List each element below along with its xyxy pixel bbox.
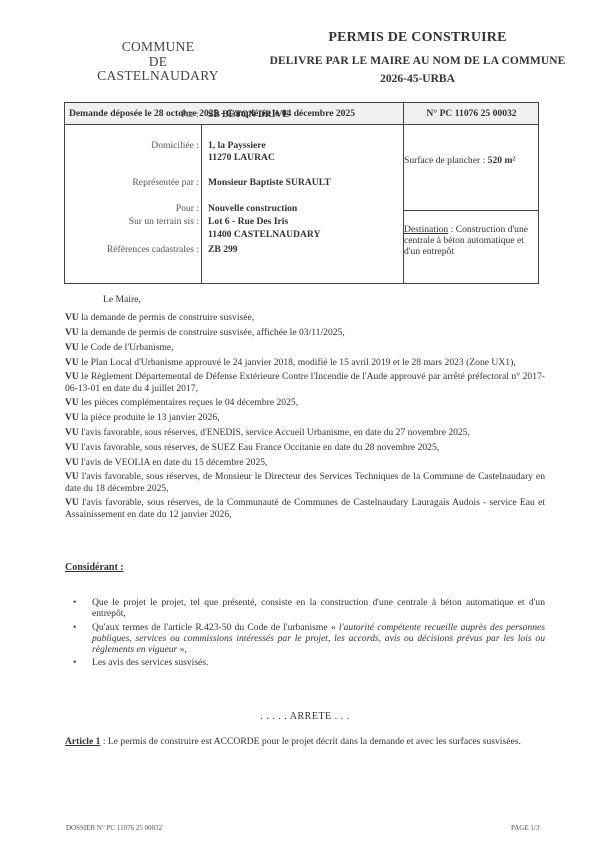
- permit-info-table: Demande déposée le 28 octobre 2025 - Com…: [64, 102, 539, 284]
- considerant-text: Que le projet le projet, tel que présent…: [92, 597, 545, 619]
- vu-text: l'avis favorable, sous réserves, d'ENEDI…: [79, 427, 470, 438]
- footer-page-number: PAGE 1/3: [511, 824, 539, 832]
- document-title: PERMIS DE CONSTRUIRE: [250, 30, 585, 46]
- article-1: Article 1 : Le permis de construire est …: [65, 736, 545, 747]
- considerant-item: •Les avis des services susvisés.: [65, 657, 545, 668]
- intro-mayor: Le Maire,: [65, 294, 545, 305]
- row-label: Pour :: [99, 203, 199, 214]
- considerant-item: •Qu'aux termes de l'article R.423-50 du …: [65, 622, 545, 656]
- vu-text: le Plan Local d'Urbanisme approuvé le 24…: [79, 357, 516, 368]
- row-value: Monsieur Baptiste SURAULT: [208, 177, 331, 188]
- vu-prefix: VU: [65, 427, 79, 438]
- column-divider-left: [201, 125, 202, 284]
- vu-item: VU le Règlement Départemental de Défense…: [65, 371, 545, 393]
- document-subtitle: DELIVRE PAR LE MAIRE AU NOM DE LA COMMUN…: [250, 55, 585, 67]
- vu-prefix: VU: [65, 327, 79, 338]
- vu-item: VU l'avis favorable, sous réserves, de l…: [65, 497, 545, 519]
- surface-label: Surface de plancher :: [404, 155, 485, 166]
- vu-item: VU l'avis de VEOLIA en date du 15 décemb…: [65, 457, 545, 468]
- vu-text: la demande de permis de construire susvi…: [79, 327, 345, 338]
- considerant-list: •Que le projet le projet, tel que présen…: [65, 597, 545, 668]
- article-1-text: : Le permis de construire est ACCORDE po…: [100, 736, 520, 747]
- row-label: Sur un terrain sis :: [99, 216, 199, 227]
- row-label: Par :: [99, 109, 199, 120]
- row-value: Nouvelle construction: [208, 203, 297, 214]
- row-label: Références cadastrales :: [99, 244, 199, 255]
- vu-prefix: VU: [65, 312, 79, 323]
- vu-text: l'avis favorable, sous réserves, de la C…: [65, 497, 545, 519]
- commune-line-1: COMMUNE: [88, 40, 228, 55]
- vu-prefix: VU: [65, 442, 79, 453]
- vu-list: VU la demande de permis de construire su…: [65, 312, 545, 520]
- vu-prefix: VU: [65, 412, 79, 423]
- vu-prefix: VU: [65, 471, 79, 482]
- bullet-icon: •: [73, 622, 76, 633]
- vu-prefix: VU: [65, 457, 79, 468]
- destination-label: Destination: [404, 224, 448, 235]
- vu-prefix: VU: [65, 342, 79, 353]
- surface-cell: Surface de plancher : 520 m²: [404, 155, 536, 166]
- surface-value: 520 m²: [488, 155, 516, 166]
- considerant-item: •Que le projet le projet, tel que présen…: [65, 597, 545, 619]
- vu-text: le Règlement Départemental de Défense Ex…: [65, 371, 545, 393]
- vu-item: VU l'avis favorable, sous réserves, d'EN…: [65, 427, 545, 438]
- commune-line-2: DE: [88, 55, 228, 70]
- considerant-text: Les avis des services susvisés.: [92, 657, 208, 668]
- right-cell-divider: [403, 210, 539, 211]
- vu-text: le Code de l'Urbanisme,: [79, 342, 174, 353]
- vu-text: les pièces complémentaires reçues le 04 …: [79, 397, 298, 408]
- row-label: Domiciliée :: [99, 140, 199, 151]
- vu-prefix: VU: [65, 357, 79, 368]
- vu-item: VU la demande de permis de construire su…: [65, 327, 545, 338]
- vu-item: VU les pièces complémentaires reçues le …: [65, 397, 545, 408]
- commune-name: COMMUNE DE CASTELNAUDARY: [88, 40, 228, 84]
- arrete-reference: 2026-45-URBA: [250, 73, 585, 85]
- document-title-block: PERMIS DE CONSTRUIRE DELIVRE PAR LE MAIR…: [250, 30, 585, 85]
- vu-item: VU l'avis favorable, sous réserves, de M…: [65, 471, 545, 493]
- vu-item: VU le Code de l'Urbanisme,: [65, 342, 545, 353]
- document-body: Le Maire, VU la demande de permis de con…: [65, 294, 545, 523]
- vu-item: VU la pièce produite le 13 janvier 2026,: [65, 412, 545, 423]
- destination-cell: Destination : Construction d'une central…: [404, 224, 536, 257]
- vu-text: la pièce produite le 13 janvier 2026,: [79, 412, 220, 423]
- considerant-section: Considérant : •Que le projet le projet, …: [65, 562, 545, 670]
- arrete-heading: . . . . . ARRETE . . .: [65, 711, 545, 722]
- commune-line-3: CASTELNAUDARY: [88, 69, 228, 84]
- bullet-icon: •: [73, 657, 76, 668]
- considerant-text: Qu'aux termes de l'article R.423-50 du C…: [92, 622, 339, 633]
- considerant-suffix: »,: [177, 644, 187, 655]
- vu-item: VU la demande de permis de construire su…: [65, 312, 545, 323]
- row-value: 11270 LAURAC: [208, 152, 275, 163]
- vu-prefix: VU: [65, 397, 79, 408]
- bullet-icon: •: [73, 597, 76, 608]
- vu-prefix: VU: [65, 497, 79, 508]
- row-label: Représentée par :: [99, 177, 199, 188]
- footer-dossier-number: DOSSIER N° PC 11076 25 00032: [66, 824, 162, 832]
- row-value: 1, la Payssiere: [208, 140, 266, 151]
- row-value: 11400 CASTELNAUDARY: [208, 229, 320, 240]
- article-1-label: Article 1: [65, 736, 100, 747]
- considerant-title: Considérant :: [65, 562, 545, 573]
- vu-item: VU l'avis favorable, sous réserves, de S…: [65, 442, 545, 453]
- vu-prefix: VU: [65, 371, 79, 382]
- arrete-section: . . . . . ARRETE . . . Article 1 : Le pe…: [65, 711, 545, 747]
- vu-item: VU le Plan Local d'Urbanisme approuvé le…: [65, 357, 545, 368]
- row-value: ZB 299: [208, 244, 238, 255]
- row-value: Lot 6 - Rue Des Iris: [208, 216, 288, 227]
- vu-text: l'avis favorable, sous réserves, de Mons…: [65, 471, 545, 493]
- vu-text: la demande de permis de construire susvi…: [79, 312, 254, 323]
- row-value: SB BETON DRIVE: [208, 109, 289, 120]
- vu-text: l'avis de VEOLIA en date du 15 décembre …: [79, 457, 268, 468]
- permit-number: N° PC 11076 25 00032: [404, 108, 539, 119]
- vu-text: l'avis favorable, sous réserves, de SUEZ…: [79, 442, 439, 453]
